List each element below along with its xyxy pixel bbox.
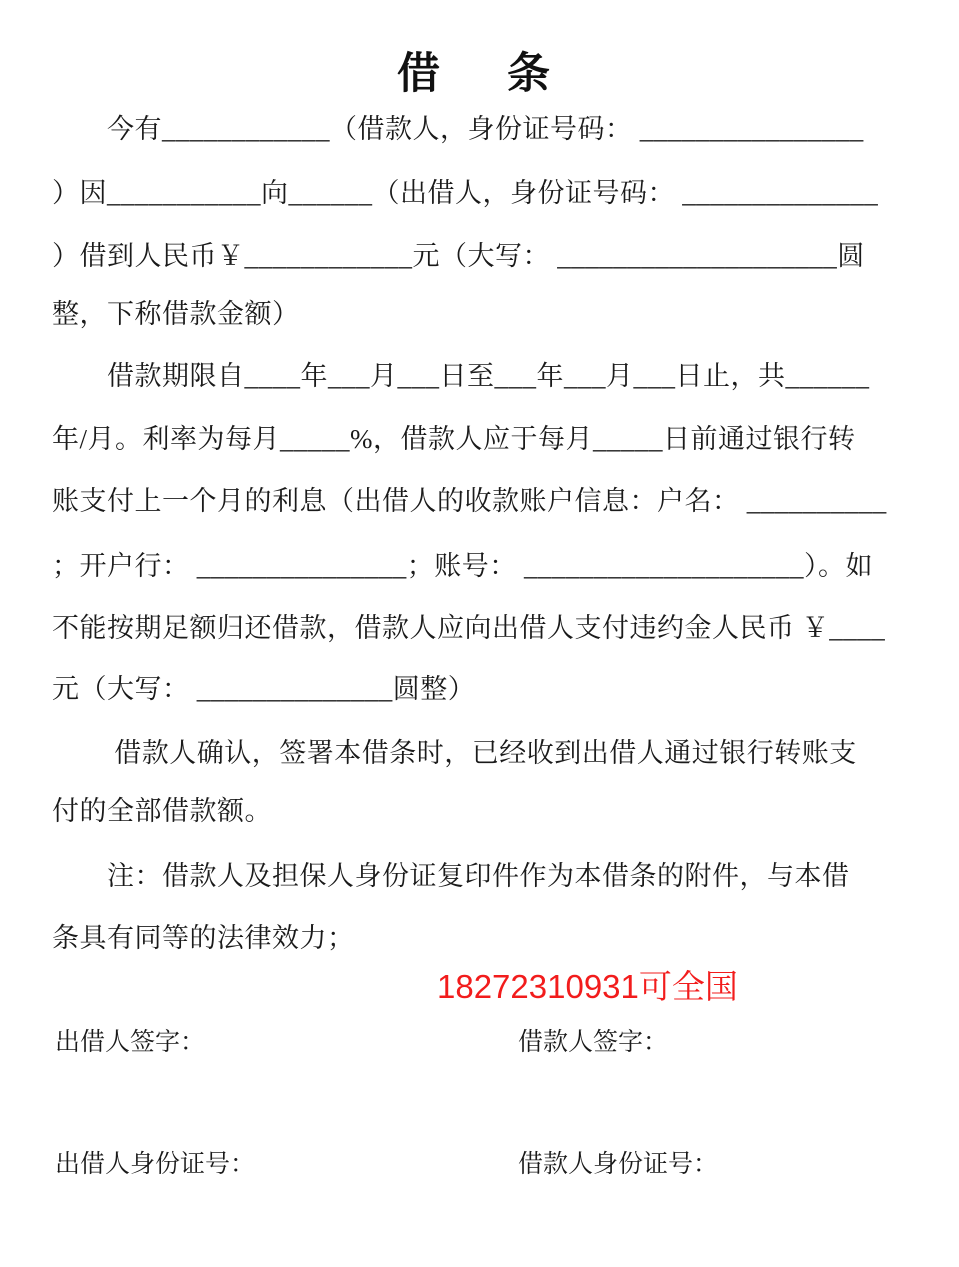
document-title: 借 条 bbox=[0, 40, 959, 101]
body-line-11: 借款人确认，签署本借条时，已经收到出借人通过银行转账支 bbox=[52, 736, 857, 770]
body-line-3: ）借到人民币￥____________元（大写： _______________… bbox=[52, 239, 865, 273]
body-line-4: 整，下称借款金额） bbox=[52, 297, 300, 331]
body-line-13: 注：借款人及担保人身份证复印件作为本借条的附件，与本借 bbox=[52, 859, 850, 893]
body-line-7: 账支付上一个月的利息（出借人的收款账户信息：户名： __________ bbox=[52, 484, 887, 518]
body-line-10: 元（大写： ______________圆整） bbox=[52, 672, 475, 706]
body-line-8: ；开户行： _______________；账号： ______________… bbox=[52, 549, 873, 583]
body-line-2: ）因___________向______（出借人，身份证号码： ________… bbox=[52, 176, 878, 210]
body-line-6: 年/月。利率为每月_____%，借款人应于每月_____日前通过银行转 bbox=[52, 422, 856, 456]
contact-phone-watermark: 18272310931可全国 bbox=[437, 968, 738, 1006]
body-line-14: 条具有同等的法律效力； bbox=[52, 921, 355, 955]
lender-id-label: 出借人身份证号： bbox=[55, 1150, 255, 1180]
lender-signature-label: 出借人签字： bbox=[55, 1028, 205, 1058]
body-line-1: 今有____________（借款人，身份证号码： ______________… bbox=[52, 112, 864, 146]
borrower-id-label: 借款人身份证号： bbox=[518, 1150, 718, 1180]
body-line-5: 借款期限自____年___月___日至___年___月___日止，共______ bbox=[52, 359, 870, 393]
body-line-12: 付的全部借款额。 bbox=[52, 794, 272, 828]
body-line-9: 不能按期足额归还借款，借款人应向出借人支付违约金人民币 ￥____ bbox=[52, 611, 885, 645]
borrower-signature-label: 借款人签字： bbox=[518, 1028, 668, 1058]
loan-note-document: 借 条 今有____________（借款人，身份证号码： __________… bbox=[0, 0, 959, 1267]
